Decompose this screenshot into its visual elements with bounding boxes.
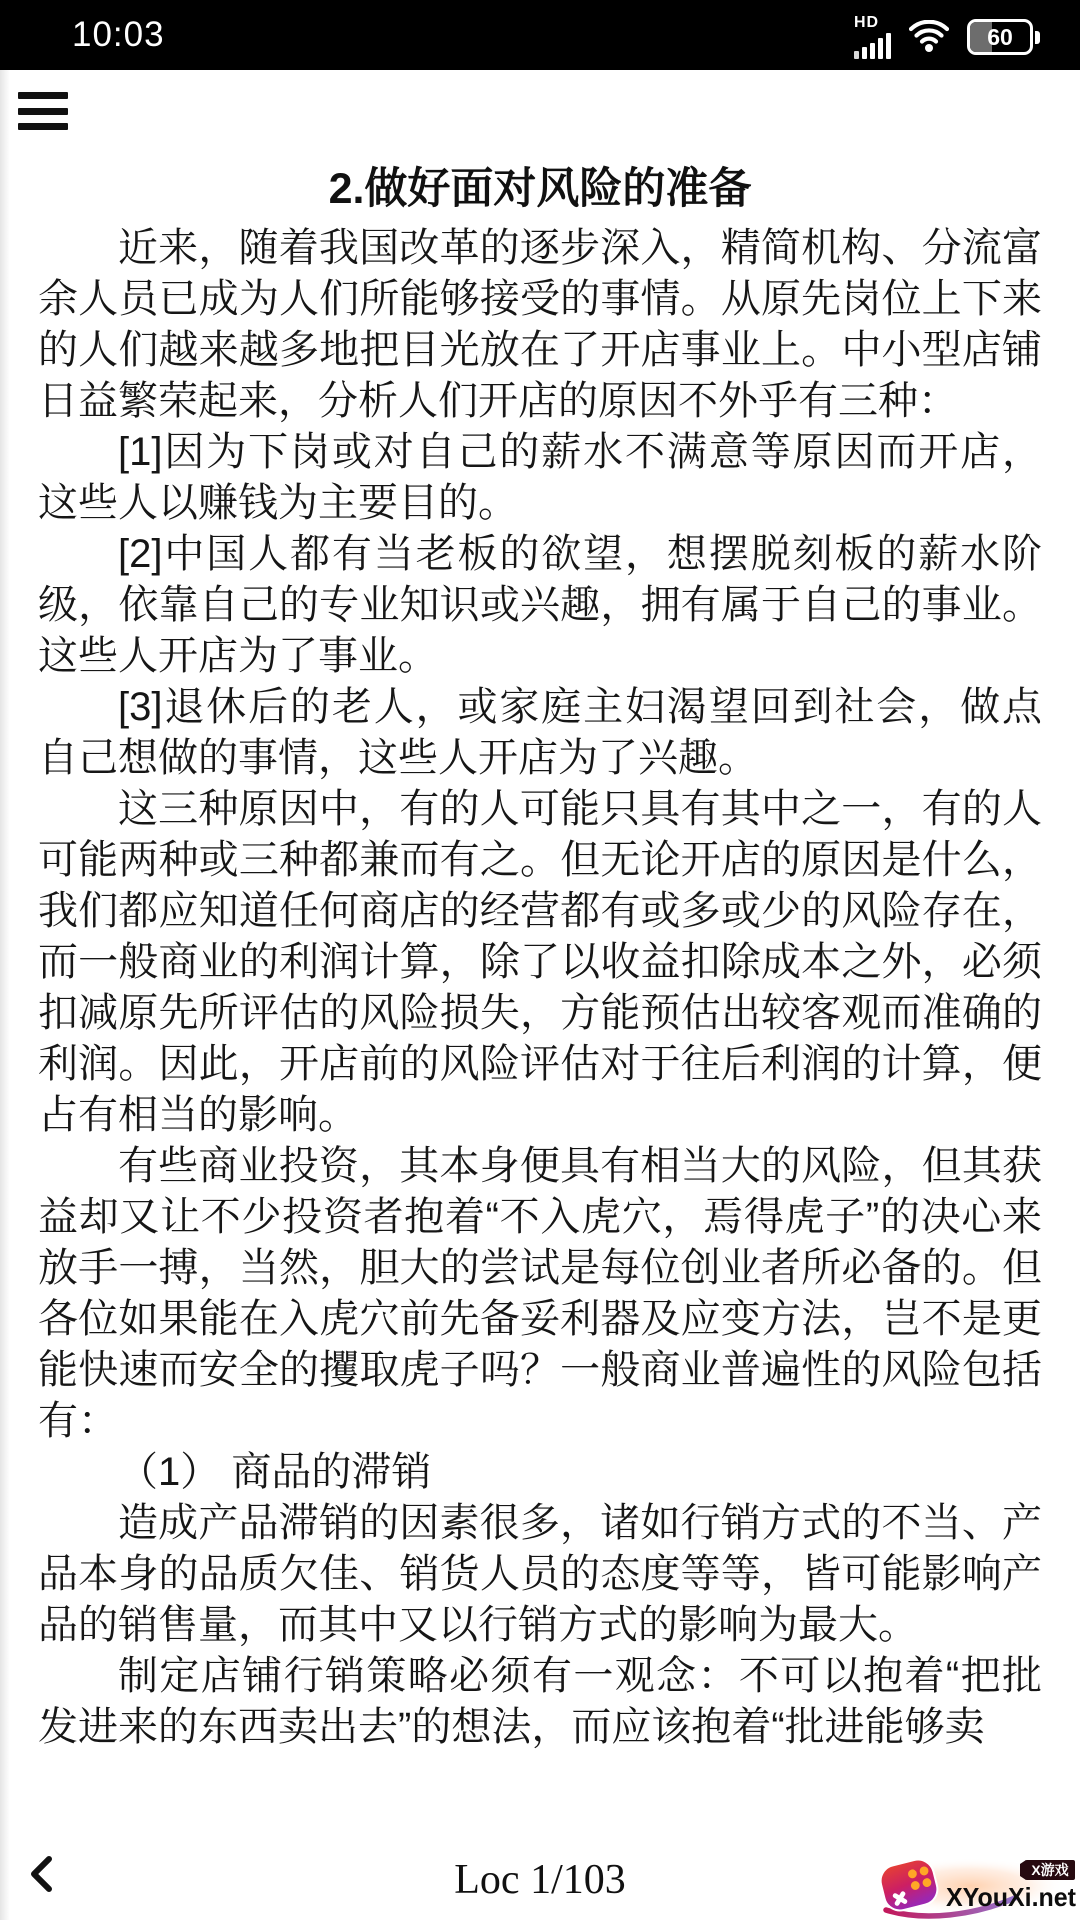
- menu-button[interactable]: [18, 92, 68, 130]
- paragraph: 有些商业投资，其本身便具有相当大的风险，但其获益却又让不少投资者抱着“不入虎穴，…: [38, 1141, 1042, 1447]
- paragraph: [1]因为下岗或对自己的薪水不满意等原因而开店，这些人以赚钱为主要目的。: [38, 427, 1042, 529]
- reader-page[interactable]: 2.做好面对风险的准备 近来，随着我国改革的逐步深入，精简机构、分流富余人员已成…: [0, 70, 1080, 1920]
- paragraph: 这三种原因中，有的人可能只具有其中之一，有的人可能两种或三种都兼而有之。但无论开…: [38, 784, 1042, 1141]
- watermark-logo: X游戏 XYouXi.net: [870, 1852, 1080, 1920]
- page-edge-shade: [0, 70, 10, 1920]
- paragraph: 造成产品滞销的因素很多，诸如行销方式的不当、产品本身的品质欠佳、销货人员的态度等…: [38, 1498, 1042, 1651]
- reader-footer: Loc 1/103: [0, 1845, 1080, 1920]
- chapter-title: 2.做好面对风险的准备: [38, 166, 1042, 213]
- paragraph: [3]退休后的老人，或家庭主妇渴望回到社会，做点自己想做的事情，这些人开店为了兴…: [38, 682, 1042, 784]
- badge-text: X游戏: [1031, 1862, 1068, 1878]
- watermark-site-text: XYouXi.net: [946, 1882, 1076, 1912]
- clock: 10:03: [72, 15, 165, 55]
- battery-percent: 60: [987, 24, 1013, 51]
- paragraph: 近来，随着我国改革的逐步深入，精简机构、分流富余人员已成为人们所能够接受的事情。…: [38, 223, 1042, 427]
- paragraph: 制定店铺行销策略必须有一观念：不可以抱着“把批发进来的东西卖出去”的想法，而应该…: [38, 1651, 1042, 1753]
- signal-bars: [854, 33, 891, 59]
- hd-indicator: HD: [854, 15, 879, 31]
- wifi-icon: [909, 20, 949, 54]
- battery-icon: 60: [967, 19, 1040, 55]
- hamburger-icon: [18, 92, 68, 99]
- paragraph: [2]中国人都有当老板的欲望，想摆脱刻板的薪水阶级，依靠自己的专业知识或兴趣，拥…: [38, 529, 1042, 682]
- status-bar: 10:03 HD 60: [0, 0, 1080, 70]
- battery-body: 60: [967, 19, 1033, 55]
- battery-nub: [1035, 31, 1040, 44]
- badge: X游戏: [1020, 1860, 1075, 1880]
- status-icons: HD 60: [854, 11, 1040, 59]
- watermark: X游戏 XYouXi.net: [870, 1852, 1080, 1920]
- book-text: 近来，随着我国改革的逐步深入，精简机构、分流富余人员已成为人们所能够接受的事情。…: [38, 223, 1042, 1823]
- phone-screen: 10:03 HD 60: [0, 0, 1080, 1920]
- paragraph: （1） 商品的滞销: [38, 1447, 1042, 1498]
- cell-signal-bars-icon: HD: [854, 15, 891, 59]
